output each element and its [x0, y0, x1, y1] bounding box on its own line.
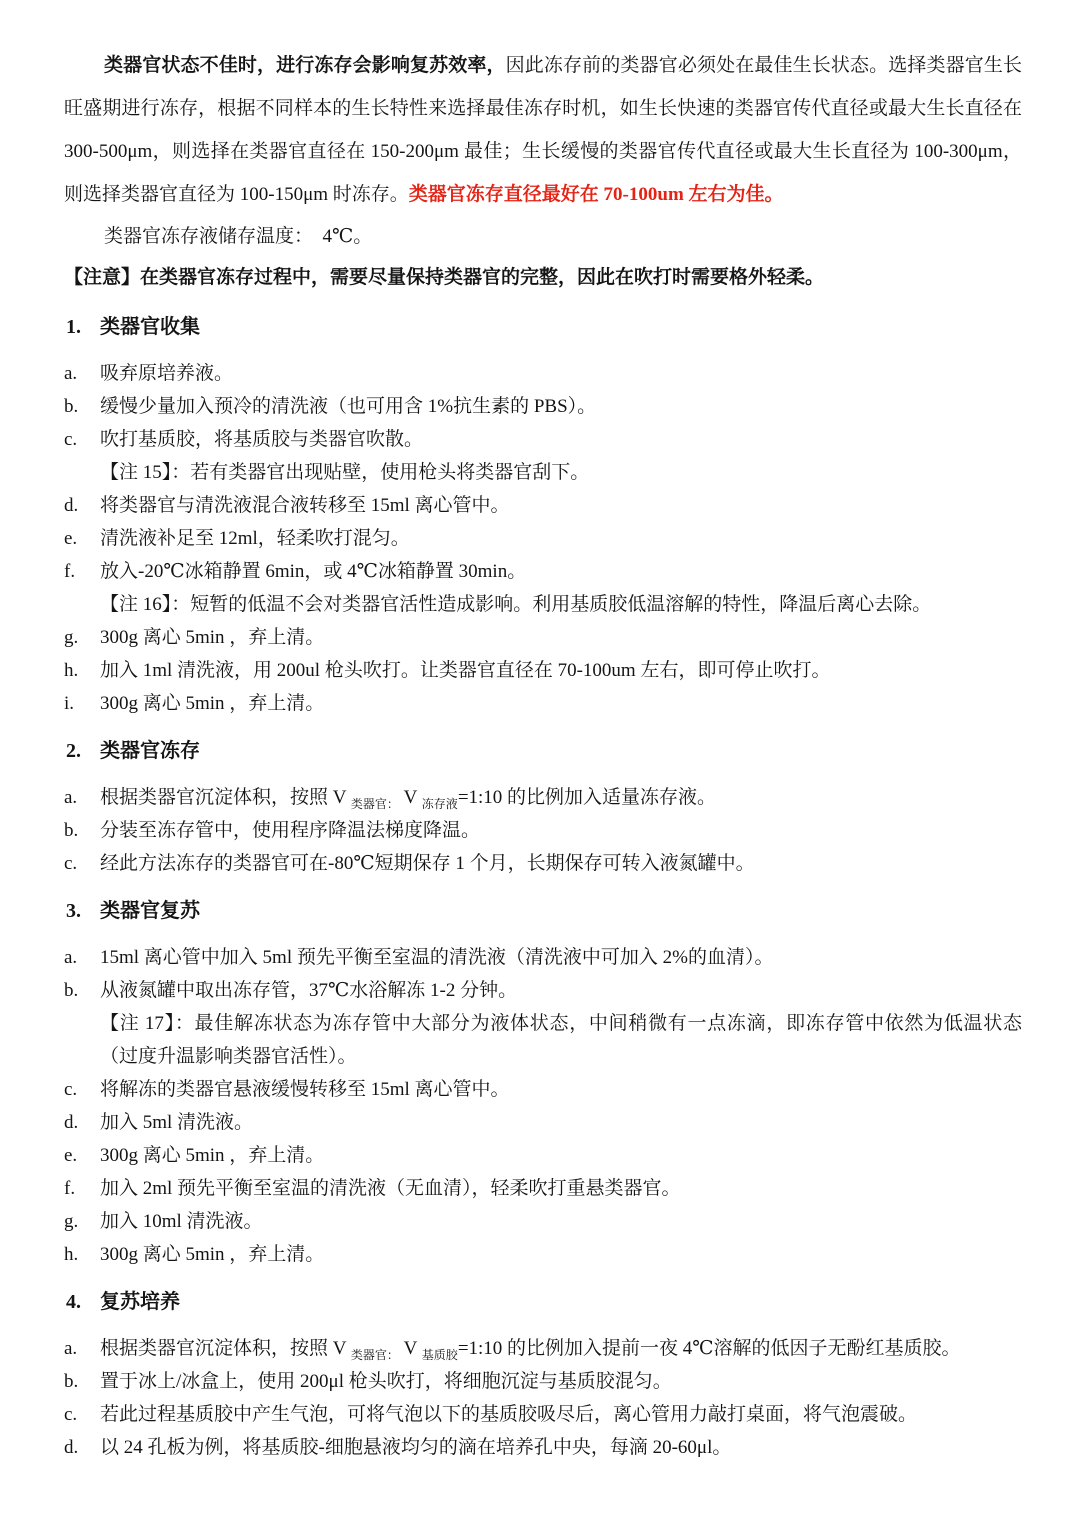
item-text: 清洗液补足至 12ml，轻柔吹打混匀。 [100, 522, 1022, 555]
section-number: 4. [66, 1287, 100, 1317]
formula-text: 根据类器官沉淀体积，按照 V [100, 787, 351, 808]
item-letter-label: a. [64, 357, 100, 390]
list-item: b.缓慢少量加入预冷的清洗液（也可用含 1%抗生素的 PBS）。 [64, 390, 1022, 423]
item-letter-label: b. [64, 1365, 100, 1398]
section-title: 复苏培养 [100, 1287, 180, 1317]
item-letter-label: g. [64, 1205, 100, 1238]
section-heading: 1.类器官收集 [66, 312, 1022, 342]
list-item: c.将解冻的类器官悬液缓慢转移至 15ml 离心管中。 [64, 1073, 1022, 1106]
item-letter-label: h. [64, 654, 100, 687]
item-text: 分装至冻存管中，使用程序降温法梯度降温。 [100, 814, 1022, 847]
intro-body-text: 因此冻存前的类器官必须处在最佳生长状态。选择类器官生长旺盛期进行冻存，根据不同样… [64, 55, 1022, 205]
list-item: e.清洗液补足至 12ml，轻柔吹打混匀。 [64, 522, 1022, 555]
item-text: 加入 1ml 清洗液，用 200ul 枪头吹打。让类器官直径在 70-100um… [100, 654, 1022, 687]
item-letter-label: b. [64, 814, 100, 847]
item-letter-label: a. [64, 941, 100, 974]
item-text: 吸弃原培养液。 [100, 357, 1022, 390]
item-text: 缓慢少量加入预冷的清洗液（也可用含 1%抗生素的 PBS）。 [100, 390, 1022, 423]
item-letter-label: b. [64, 390, 100, 423]
list-item: b.从液氮罐中取出冻存管，37℃水浴解冻 1-2 分钟。 [64, 974, 1022, 1007]
item-text: 【注 17】：最佳解冻状态为冻存管中大部分为液体状态，中间稍微有一点冻滴，即冻存… [100, 1007, 1022, 1073]
item-text: 根据类器官沉淀体积，按照 V 类器官： V 冻存液=1:10 的比例加入适量冻存… [100, 781, 1022, 814]
section-number: 3. [66, 896, 100, 926]
item-text: 加入 10ml 清洗液。 [100, 1205, 1022, 1238]
intro-bold-text: 类器官状态不佳时，进行冻存会影响复苏效率， [104, 55, 506, 76]
section: 2.类器官冻存a.根据类器官沉淀体积，按照 V 类器官： V 冻存液=1:10 … [64, 736, 1022, 880]
item-letter-label: d. [64, 1106, 100, 1139]
list-item: b.分装至冻存管中，使用程序降温法梯度降温。 [64, 814, 1022, 847]
item-text: 15ml 离心管中加入 5ml 预先平衡至室温的清洗液（清洗液中可加入 2%的血… [100, 941, 1022, 974]
list-item: e.300g 离心 5min ，弃上清。 [64, 1139, 1022, 1172]
item-text: 吹打基质胶，将基质胶与类器官吹散。 [100, 423, 1022, 456]
formula-subscript: 类器官： [351, 1348, 399, 1362]
section-title: 类器官收集 [100, 312, 200, 342]
item-text: 【注 16】：短暂的低温不会对类器官活性造成影响。利用基质胶低温溶解的特性，降温… [100, 588, 1022, 621]
item-text: 【注 15】：若有类器官出现贴壁，使用枪头将类器官刮下。 [100, 456, 1022, 489]
formula-text: V [399, 787, 422, 808]
item-letter-label: c. [64, 1073, 100, 1106]
item-text: 300g 离心 5min ，弃上清。 [100, 687, 1022, 720]
item-letter-label: c. [64, 423, 100, 456]
item-letter-label: d. [64, 489, 100, 522]
section-heading: 4.复苏培养 [66, 1287, 1022, 1317]
section-title: 类器官复苏 [100, 896, 200, 926]
section-heading: 2.类器官冻存 [66, 736, 1022, 766]
item-letter-label: f. [64, 555, 100, 588]
formula-text: =1:10 的比例加入提前一夜 4℃溶解的低因子无酚红基质胶。 [458, 1338, 961, 1359]
list-item: f.加入 2ml 预先平衡至室温的清洗液（无血清），轻柔吹打重悬类器官。 [64, 1172, 1022, 1205]
item-letter-label: g. [64, 621, 100, 654]
formula-text: 根据类器官沉淀体积，按照 V [100, 1338, 351, 1359]
list-item: a.15ml 离心管中加入 5ml 预先平衡至室温的清洗液（清洗液中可加入 2%… [64, 941, 1022, 974]
sections-container: 1.类器官收集a.吸弃原培养液。b.缓慢少量加入预冷的清洗液（也可用含 1%抗生… [64, 312, 1022, 1464]
item-text: 根据类器官沉淀体积，按照 V 类器官： V 基质胶=1:10 的比例加入提前一夜… [100, 1332, 1022, 1365]
item-letter-label: e. [64, 1139, 100, 1172]
item-letter-label: f. [64, 1172, 100, 1205]
item-letter-label: b. [64, 974, 100, 1007]
document-page: 类器官状态不佳时，进行冻存会影响复苏效率，因此冻存前的类器官必须处在最佳生长状态… [0, 0, 1080, 1528]
list-item: d.将类器官与清洗液混合液转移至 15ml 离心管中。 [64, 489, 1022, 522]
item-letter-label: a. [64, 1332, 100, 1365]
list-item: a.根据类器官沉淀体积，按照 V 类器官： V 基质胶=1:10 的比例加入提前… [64, 1332, 1022, 1365]
section-number: 1. [66, 312, 100, 342]
list-item: a.根据类器官沉淀体积，按照 V 类器官： V 冻存液=1:10 的比例加入适量… [64, 781, 1022, 814]
formula-subscript: 类器官： [351, 797, 399, 811]
section-title: 类器官冻存 [100, 736, 200, 766]
item-text: 经此方法冻存的类器官可在-80℃短期保存 1 个月，长期保存可转入液氮罐中。 [100, 847, 1022, 880]
list-item: h.加入 1ml 清洗液，用 200ul 枪头吹打。让类器官直径在 70-100… [64, 654, 1022, 687]
formula-text: V [399, 1338, 422, 1359]
item-letter-label: i. [64, 687, 100, 720]
item-letter-label: c. [64, 1398, 100, 1431]
item-text: 300g 离心 5min ，弃上清。 [100, 1238, 1022, 1271]
item-text: 以 24 孔板为例，将基质胶-细胞悬液均匀的滴在培养孔中央，每滴 20-60μl… [100, 1431, 1022, 1464]
note-item: 【注 15】：若有类器官出现贴壁，使用枪头将类器官刮下。 [64, 456, 1022, 489]
item-text: 将解冻的类器官悬液缓慢转移至 15ml 离心管中。 [100, 1073, 1022, 1106]
storage-temperature-line: 类器官冻存液储存温度： 4℃。 [64, 218, 1022, 255]
item-letter-label: c. [64, 847, 100, 880]
list-item: a.吸弃原培养液。 [64, 357, 1022, 390]
item-text: 300g 离心 5min ，弃上清。 [100, 621, 1022, 654]
section-heading: 3.类器官复苏 [66, 896, 1022, 926]
formula-text: =1:10 的比例加入适量冻存液。 [458, 787, 716, 808]
list-item: g.300g 离心 5min ，弃上清。 [64, 621, 1022, 654]
list-item: c.经此方法冻存的类器官可在-80℃短期保存 1 个月，长期保存可转入液氮罐中。 [64, 847, 1022, 880]
note-item: 【注 17】：最佳解冻状态为冻存管中大部分为液体状态，中间稍微有一点冻滴，即冻存… [64, 1007, 1022, 1073]
item-text: 加入 5ml 清洗液。 [100, 1106, 1022, 1139]
item-text: 从液氮罐中取出冻存管，37℃水浴解冻 1-2 分钟。 [100, 974, 1022, 1007]
list-item: f.放入-20℃冰箱静置 6min，或 4℃冰箱静置 30min。 [64, 555, 1022, 588]
item-text: 放入-20℃冰箱静置 6min，或 4℃冰箱静置 30min。 [100, 555, 1022, 588]
item-letter-label: e. [64, 522, 100, 555]
section: 4.复苏培养a.根据类器官沉淀体积，按照 V 类器官： V 基质胶=1:10 的… [64, 1287, 1022, 1464]
formula-subscript: 冻存液 [422, 797, 458, 811]
section: 3.类器官复苏a.15ml 离心管中加入 5ml 预先平衡至室温的清洗液（清洗液… [64, 896, 1022, 1271]
list-item: d.以 24 孔板为例，将基质胶-细胞悬液均匀的滴在培养孔中央，每滴 20-60… [64, 1431, 1022, 1464]
item-text: 若此过程基质胶中产生气泡，可将气泡以下的基质胶吸尽后，离心管用力敲打桌面，将气泡… [100, 1398, 1022, 1431]
item-text: 置于冰上/冰盒上，使用 200μl 枪头吹打，将细胞沉淀与基质胶混匀。 [100, 1365, 1022, 1398]
item-text: 加入 2ml 预先平衡至室温的清洗液（无血清），轻柔吹打重悬类器官。 [100, 1172, 1022, 1205]
section-number: 2. [66, 736, 100, 766]
intro-paragraph: 类器官状态不佳时，进行冻存会影响复苏效率，因此冻存前的类器官必须处在最佳生长状态… [64, 44, 1022, 216]
item-letter-label: d. [64, 1431, 100, 1464]
list-item: c.若此过程基质胶中产生气泡，可将气泡以下的基质胶吸尽后，离心管用力敲打桌面，将… [64, 1398, 1022, 1431]
list-item: d.加入 5ml 清洗液。 [64, 1106, 1022, 1139]
intro-red-highlight-text: 类器官冻存直径最好在 70-100um 左右为佳。 [409, 184, 784, 205]
list-item: c.吹打基质胶，将基质胶与类器官吹散。 [64, 423, 1022, 456]
list-item: b.置于冰上/冰盒上，使用 200μl 枪头吹打，将细胞沉淀与基质胶混匀。 [64, 1365, 1022, 1398]
notice-line: 【注意】在类器官冻存过程中，需要尽量保持类器官的完整，因此在吹打时需要格外轻柔。 [64, 259, 1022, 296]
list-item: g.加入 10ml 清洗液。 [64, 1205, 1022, 1238]
item-text: 300g 离心 5min ，弃上清。 [100, 1139, 1022, 1172]
item-letter-label: a. [64, 781, 100, 814]
list-item: h.300g 离心 5min ，弃上清。 [64, 1238, 1022, 1271]
section: 1.类器官收集a.吸弃原培养液。b.缓慢少量加入预冷的清洗液（也可用含 1%抗生… [64, 312, 1022, 720]
item-letter-label: h. [64, 1238, 100, 1271]
list-item: i.300g 离心 5min ，弃上清。 [64, 687, 1022, 720]
formula-subscript: 基质胶 [422, 1348, 458, 1362]
item-text: 将类器官与清洗液混合液转移至 15ml 离心管中。 [100, 489, 1022, 522]
note-item: 【注 16】：短暂的低温不会对类器官活性造成影响。利用基质胶低温溶解的特性，降温… [64, 588, 1022, 621]
